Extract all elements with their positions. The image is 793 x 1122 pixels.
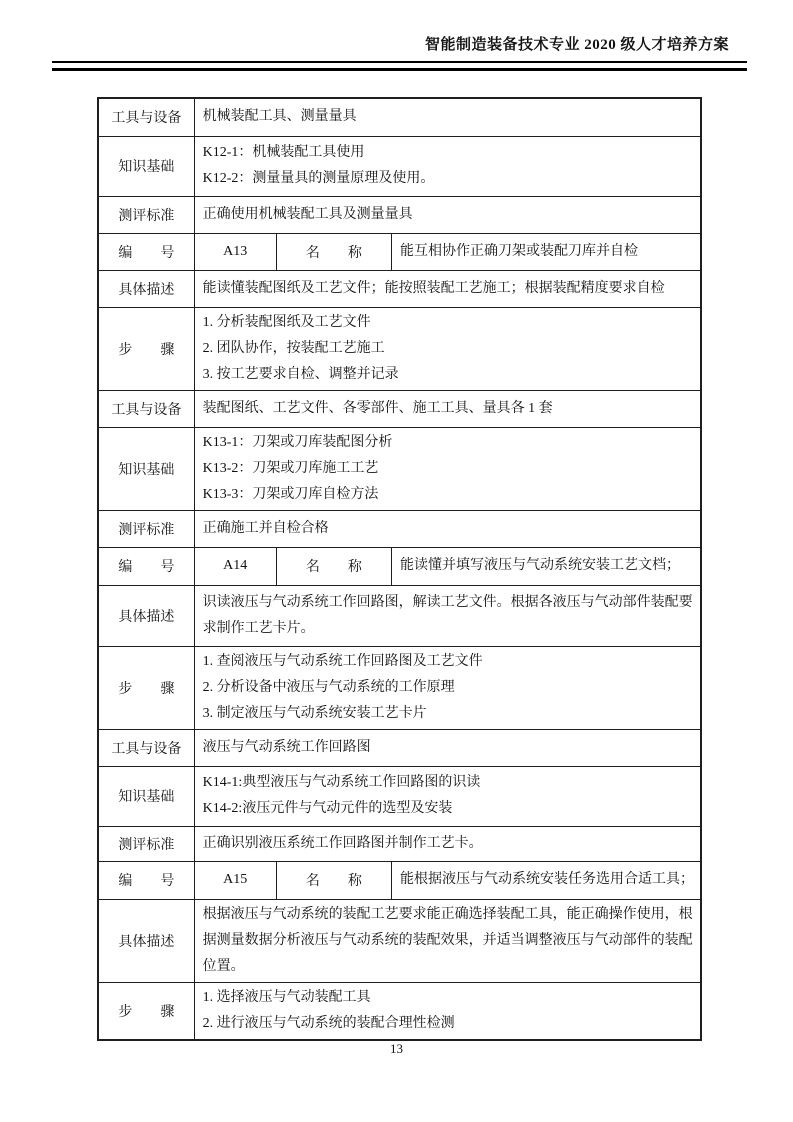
name-label: 名 称 [276, 233, 391, 270]
value-line: 能读懂并填写液压与气动系统安装工艺文档； [400, 553, 694, 579]
table-row-code: 编 号 A15 名 称 能根据液压与气动系统安装任务选用合适工具； [98, 861, 701, 899]
table-row: 具体描述 能读懂装配图纸及工艺文件；能按照装配工艺施工；根据装配精度要求自检 [98, 270, 701, 307]
value-line: K13-1：刀架或刀库装配图分析 [203, 430, 694, 456]
row-value: 1. 分析装配图纸及工艺文件 2. 团队协作，按装配工艺施工 3. 按工艺要求自… [194, 307, 701, 390]
row-label: 步 骤 [98, 646, 194, 729]
value-line: K13-2：刀架或刀库施工工艺 [203, 456, 694, 482]
value-line: K14-2:液压元件与气动元件的选型及安装 [203, 796, 694, 822]
task-name: 能互相协作正确刀架或装配刀库并自检 [391, 233, 701, 270]
value-line: 2. 分析设备中液压与气动系统的工作原理 [203, 675, 694, 701]
table-row: 步 骤 1. 分析装配图纸及工艺文件 2. 团队协作，按装配工艺施工 3. 按工… [98, 307, 701, 390]
table-row: 工具与设备 液压与气动系统工作回路图 [98, 729, 701, 766]
value-line: 1. 查阅液压与气动系统工作回路图及工艺文件 [203, 649, 694, 675]
value-line: 识读液压与气动系统工作回路图，解读工艺文件。根据各液压与气动部件装配要求制作工艺… [203, 590, 694, 642]
table-row: 工具与设备 机械装配工具、测量量具 [98, 98, 701, 136]
row-value: 识读液压与气动系统工作回路图，解读工艺文件。根据各液压与气动部件装配要求制作工艺… [194, 585, 701, 646]
row-label: 步 骤 [98, 307, 194, 390]
task-code: A14 [194, 547, 276, 585]
task-name: 能读懂并填写液压与气动系统安装工艺文档； [391, 547, 701, 585]
value-line: K14-1:典型液压与气动系统工作回路图的识读 [203, 770, 694, 796]
row-value: 正确使用机械装配工具及测量量具 [194, 196, 701, 233]
value-line: 2. 进行液压与气动系统的装配合理性检测 [203, 1011, 694, 1037]
task-name: 能根据液压与气动系统安装任务选用合适工具； [391, 861, 701, 899]
row-label: 知识基础 [98, 766, 194, 826]
row-value: 正确施工并自检合格 [194, 510, 701, 547]
value-line: 机械装配工具、测量量具 [203, 104, 694, 130]
table-row: 测评标准 正确施工并自检合格 [98, 510, 701, 547]
row-value: K14-1:典型液压与气动系统工作回路图的识读 K14-2:液压元件与气动元件的… [194, 766, 701, 826]
value-line: 正确施工并自检合格 [203, 516, 694, 542]
name-label: 名 称 [276, 547, 391, 585]
row-label: 具体描述 [98, 270, 194, 307]
value-line: K12-2：测量量具的测量原理及使用。 [203, 166, 694, 192]
value-line: 1. 分析装配图纸及工艺文件 [203, 310, 694, 336]
row-value: 机械装配工具、测量量具 [194, 98, 701, 136]
row-label: 编 号 [98, 547, 194, 585]
value-line: 能根据液压与气动系统安装任务选用合适工具； [400, 867, 694, 893]
value-line: 3. 按工艺要求自检、调整并记录 [203, 362, 694, 388]
row-value: 1. 选择液压与气动装配工具 2. 进行液压与气动系统的装配合理性检测 [194, 982, 701, 1040]
page-number: 13 [0, 1041, 793, 1057]
value-line: K13-3：刀架或刀库自检方法 [203, 482, 694, 508]
value-line: 根据液压与气动系统的装配工艺要求能正确选择装配工具，能正确操作使用，根据测量数据… [203, 902, 694, 980]
row-value: 能读懂装配图纸及工艺文件；能按照装配工艺施工；根据装配精度要求自检 [194, 270, 701, 307]
row-label: 知识基础 [98, 136, 194, 196]
table-row-code: 编 号 A14 名 称 能读懂并填写液压与气动系统安装工艺文档； [98, 547, 701, 585]
value-line: 能互相协作正确刀架或装配刀库并自检 [400, 239, 694, 265]
row-label: 工具与设备 [98, 390, 194, 427]
name-label: 名 称 [276, 861, 391, 899]
row-label: 具体描述 [98, 899, 194, 982]
header-divider-rule [52, 61, 747, 71]
table-row: 具体描述 识读液压与气动系统工作回路图，解读工艺文件。根据各液压与气动部件装配要… [98, 585, 701, 646]
table-row: 测评标准 正确识别液压系统工作回路图并制作工艺卡。 [98, 826, 701, 861]
value-line: 能读懂装配图纸及工艺文件；能按照装配工艺施工；根据装配精度要求自检 [203, 276, 694, 302]
value-line: 液压与气动系统工作回路图 [203, 735, 694, 761]
row-label: 编 号 [98, 861, 194, 899]
value-line: 正确识别液压系统工作回路图并制作工艺卡。 [203, 831, 694, 857]
value-line: 装配图纸、工艺文件、各零部件、施工工具、量具各 1 套 [203, 396, 694, 422]
row-label: 工具与设备 [98, 729, 194, 766]
row-value: 装配图纸、工艺文件、各零部件、施工工具、量具各 1 套 [194, 390, 701, 427]
row-label: 测评标准 [98, 196, 194, 233]
row-label: 测评标准 [98, 510, 194, 547]
document-page: 智能制造装备技术专业 2020 级人才培养方案 工具与设备 机械装配工具、测量量… [0, 0, 793, 1122]
row-value: 1. 查阅液压与气动系统工作回路图及工艺文件 2. 分析设备中液压与气动系统的工… [194, 646, 701, 729]
table-row: 知识基础 K12-1：机械装配工具使用 K12-2：测量量具的测量原理及使用。 [98, 136, 701, 196]
row-value: 根据液压与气动系统的装配工艺要求能正确选择装配工具，能正确操作使用，根据测量数据… [194, 899, 701, 982]
table-row: 步 骤 1. 选择液压与气动装配工具 2. 进行液压与气动系统的装配合理性检测 [98, 982, 701, 1040]
task-code: A13 [194, 233, 276, 270]
table-row: 测评标准 正确使用机械装配工具及测量量具 [98, 196, 701, 233]
row-label: 具体描述 [98, 585, 194, 646]
table-row: 知识基础 K13-1：刀架或刀库装配图分析 K13-2：刀架或刀库施工工艺 K1… [98, 427, 701, 510]
table-row: 步 骤 1. 查阅液压与气动系统工作回路图及工艺文件 2. 分析设备中液压与气动… [98, 646, 701, 729]
row-value: K12-1：机械装配工具使用 K12-2：测量量具的测量原理及使用。 [194, 136, 701, 196]
value-line: K12-1：机械装配工具使用 [203, 140, 694, 166]
row-label: 步 骤 [98, 982, 194, 1040]
value-line: 1. 选择液压与气动装配工具 [203, 985, 694, 1011]
table-row-code: 编 号 A13 名 称 能互相协作正确刀架或装配刀库并自检 [98, 233, 701, 270]
row-value: 正确识别液压系统工作回路图并制作工艺卡。 [194, 826, 701, 861]
value-line: 正确使用机械装配工具及测量量具 [203, 202, 694, 228]
task-code: A15 [194, 861, 276, 899]
row-value: 液压与气动系统工作回路图 [194, 729, 701, 766]
row-label: 编 号 [98, 233, 194, 270]
training-task-table: 工具与设备 机械装配工具、测量量具 知识基础 K12-1：机械装配工具使用 K1… [97, 97, 702, 1041]
table-row: 具体描述 根据液压与气动系统的装配工艺要求能正确选择装配工具，能正确操作使用，根… [98, 899, 701, 982]
table-row: 知识基础 K14-1:典型液压与气动系统工作回路图的识读 K14-2:液压元件与… [98, 766, 701, 826]
page-header-title: 智能制造装备技术专业 2020 级人才培养方案 [52, 33, 729, 54]
value-line: 3. 制定液压与气动系统安装工艺卡片 [203, 701, 694, 727]
row-label: 工具与设备 [98, 98, 194, 136]
table-row: 工具与设备 装配图纸、工艺文件、各零部件、施工工具、量具各 1 套 [98, 390, 701, 427]
row-value: K13-1：刀架或刀库装配图分析 K13-2：刀架或刀库施工工艺 K13-3：刀… [194, 427, 701, 510]
value-line: 2. 团队协作，按装配工艺施工 [203, 336, 694, 362]
row-label: 知识基础 [98, 427, 194, 510]
row-label: 测评标准 [98, 826, 194, 861]
